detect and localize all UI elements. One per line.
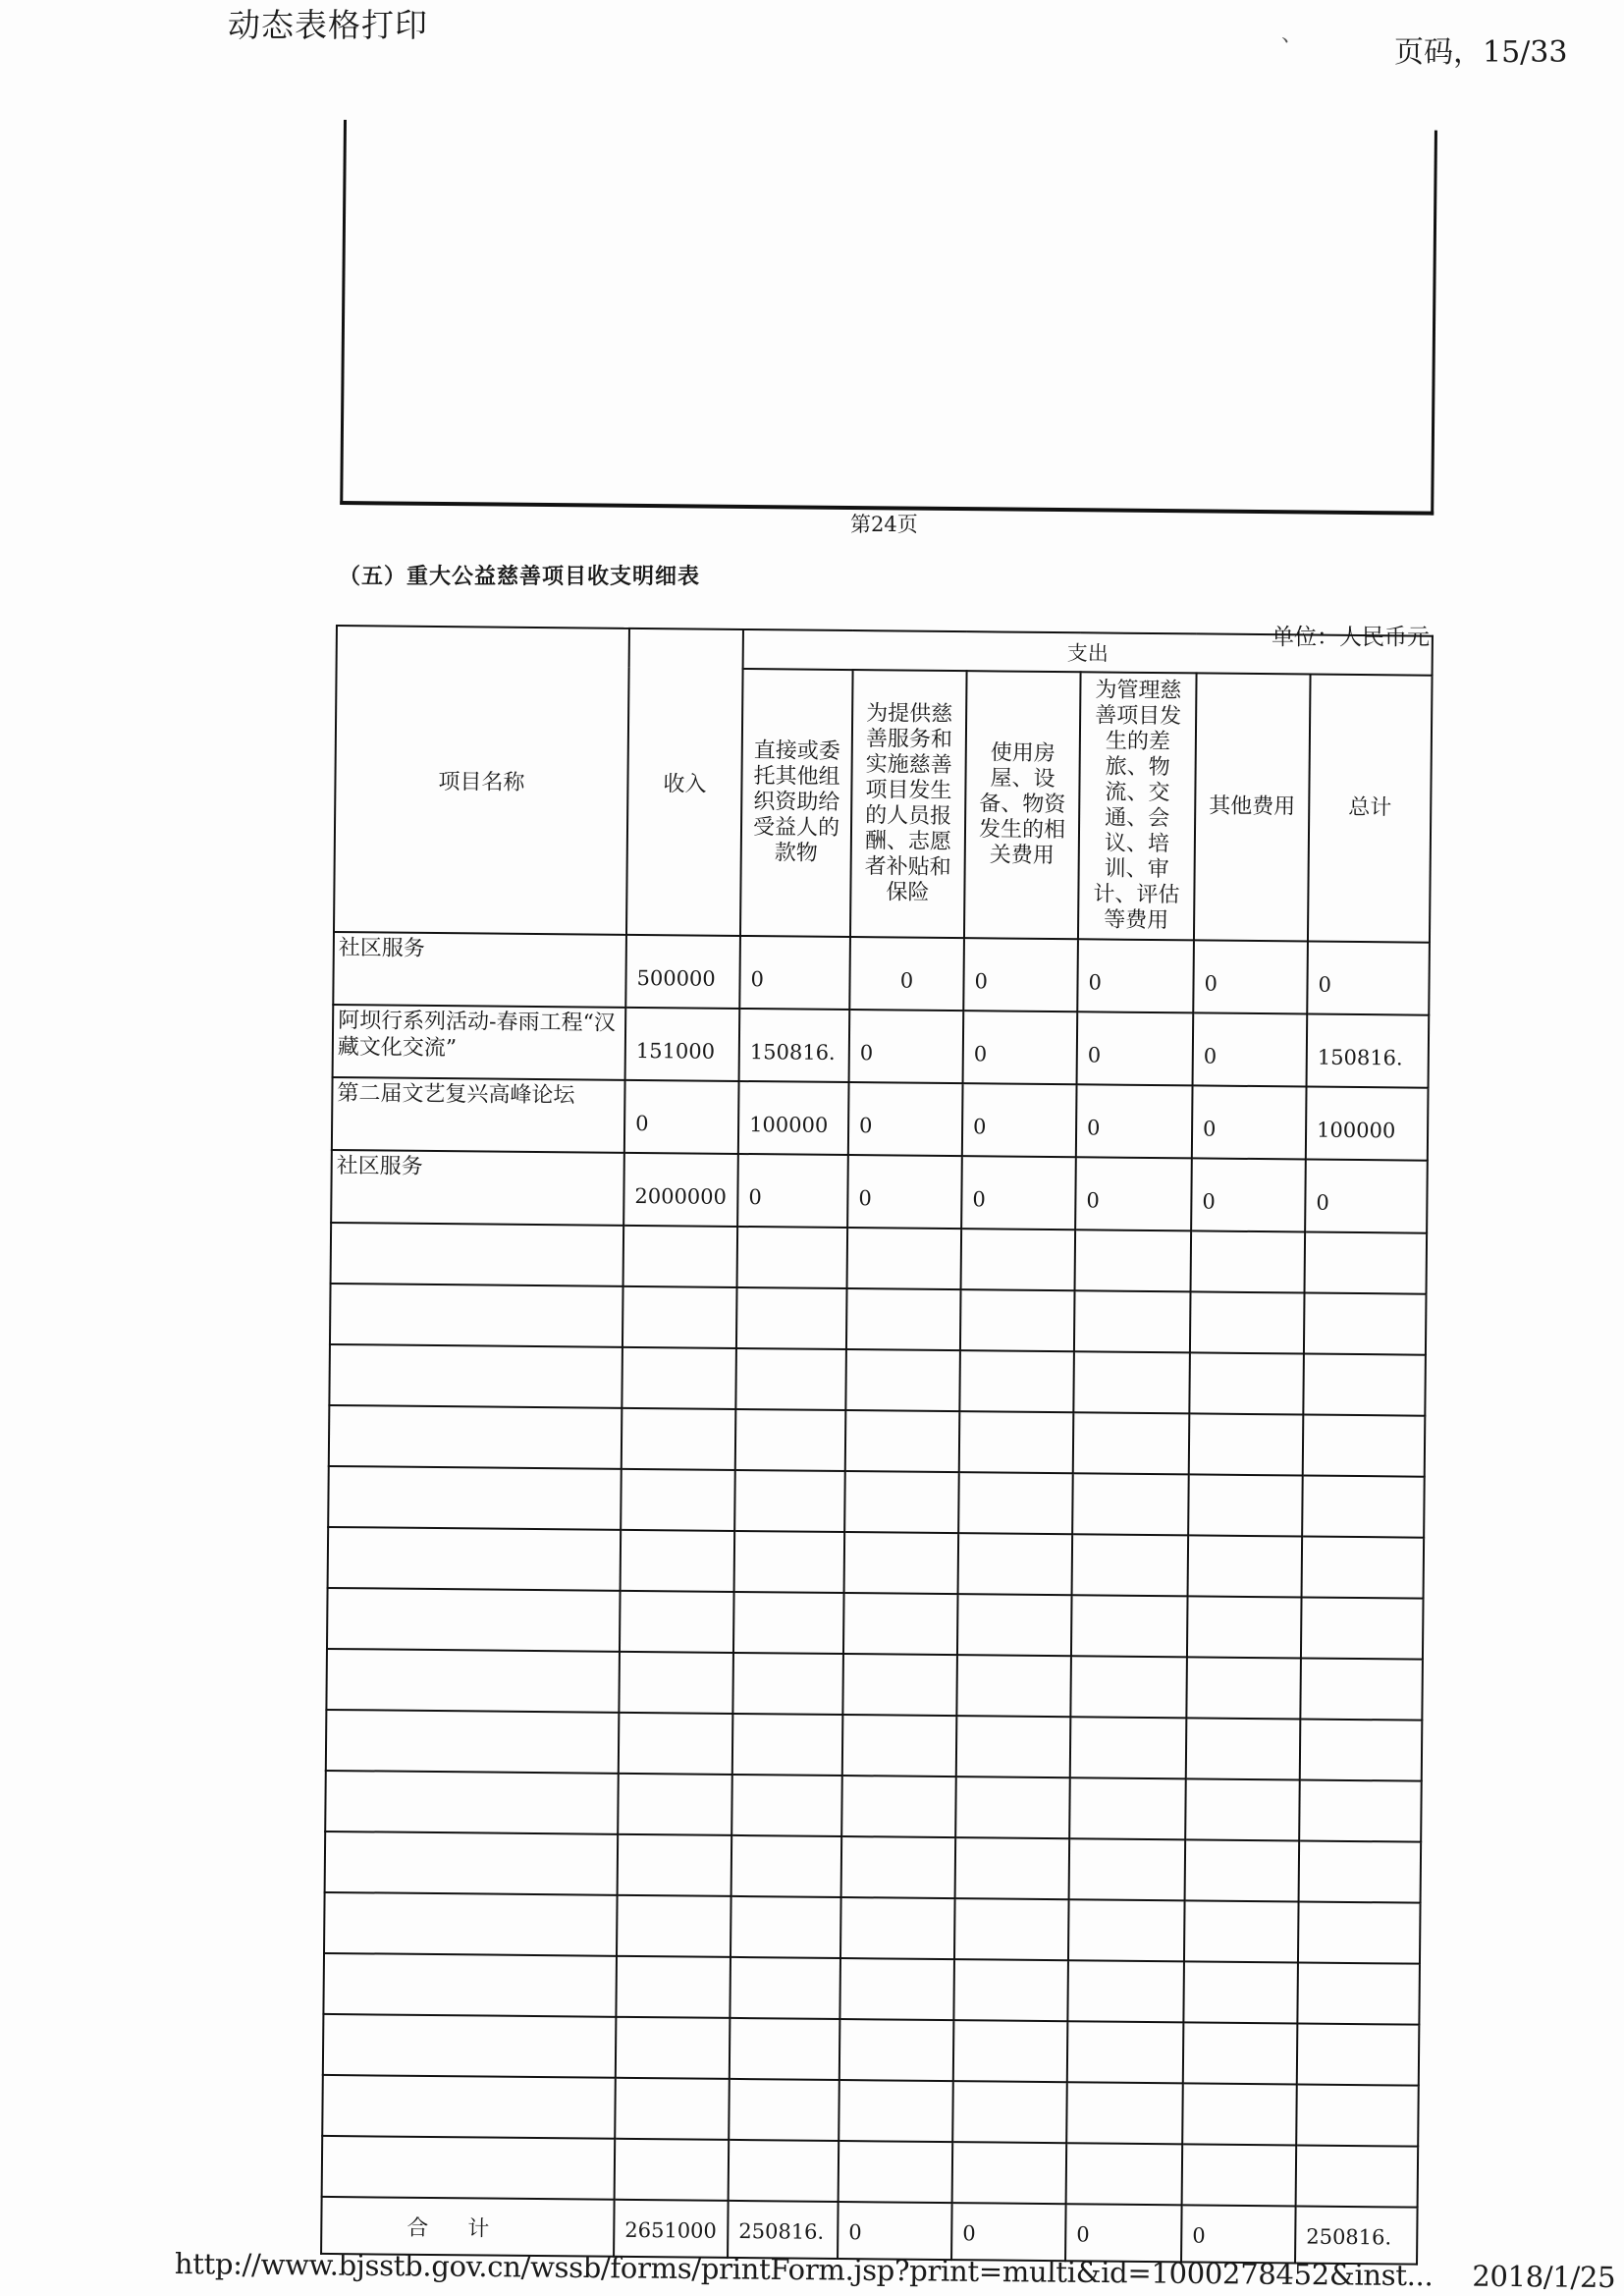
empty-cell (735, 1348, 846, 1410)
empty-cell (845, 1410, 960, 1472)
header-facilities: 使用房屋、设备、物资发生的相关费用 (964, 671, 1081, 939)
empty-cell (731, 1896, 841, 1958)
empty-cell (1188, 1474, 1303, 1536)
empty-table-row (322, 2136, 1419, 2208)
empty-table-row (325, 1771, 1422, 1842)
empty-cell (955, 1777, 1070, 1838)
empty-cell (327, 1588, 621, 1652)
empty-cell (731, 1835, 842, 1897)
empty-cell (1297, 1962, 1420, 2024)
empty-cell (960, 1289, 1075, 1351)
empty-cell (953, 1959, 1068, 2021)
header-other: 其他费用 (1194, 673, 1311, 941)
empty-cell (732, 1714, 843, 1776)
empty-cell (839, 2141, 953, 2203)
empty-cell (846, 1288, 961, 1350)
empty-cell (952, 2081, 1067, 2143)
empty-cell (956, 1716, 1071, 1777)
empty-cell (958, 1472, 1073, 1534)
totals-facilities: 0 (951, 2203, 1066, 2261)
empty-cell (622, 1347, 736, 1409)
empty-cell (618, 1774, 732, 1835)
direct-aid-cell: 0 (739, 936, 850, 1010)
empty-cell (844, 1471, 959, 1533)
empty-cell (841, 1836, 956, 1898)
empty-cell (1075, 1230, 1192, 1291)
empty-cell (1186, 1718, 1301, 1779)
empty-cell (955, 1837, 1070, 1899)
table-row: 社区服务 2000000 0 0 0 0 0 0 (331, 1150, 1428, 1233)
empty-cell (1070, 1717, 1187, 1778)
empty-cell (1069, 1838, 1186, 1900)
totals-management: 0 (1065, 2204, 1182, 2262)
empty-cell (1302, 1536, 1425, 1598)
empty-cell (1183, 1961, 1298, 2023)
empty-cell (619, 1652, 733, 1714)
empty-cell (621, 1469, 735, 1531)
previous-page-label: 第24页 (850, 509, 918, 538)
totals-total: 250816. (1295, 2206, 1418, 2264)
empty-cell (623, 1226, 738, 1287)
ledger-body: 社区服务 500000 0 0 0 0 0 0 阿坝行系列活动-春雨工程“汉藏文… (321, 932, 1430, 2265)
total-cell: 100000 (1306, 1087, 1429, 1161)
total-cell: 150816. (1307, 1014, 1430, 1088)
empty-cell (1184, 1900, 1299, 1962)
header-direct-aid: 直接或委托其他组织资助给受益人的款物 (740, 669, 853, 937)
empty-cell (330, 1284, 623, 1347)
empty-cell (326, 1710, 620, 1774)
empty-cell (1302, 1475, 1425, 1537)
empty-cell (1071, 1595, 1188, 1657)
empty-table-row (328, 1527, 1425, 1599)
totals-label: 合计 (321, 2197, 615, 2257)
empty-cell (729, 2079, 839, 2141)
totals-income: 2651000 (614, 2200, 729, 2258)
empty-cell (732, 1653, 843, 1715)
empty-cell (1189, 1352, 1304, 1414)
facilities-cell: 0 (963, 1011, 1078, 1084)
empty-cell (959, 1411, 1074, 1473)
empty-cell (958, 1533, 1073, 1595)
empty-cell (737, 1227, 848, 1288)
empty-table-row (326, 1710, 1423, 1781)
empty-table-row (324, 1892, 1421, 1964)
empty-cell (839, 2019, 954, 2081)
facilities-cell: 0 (963, 938, 1078, 1011)
header-project-name: 项目名称 (334, 626, 629, 935)
empty-cell (616, 2017, 731, 2079)
empty-cell (1298, 1901, 1421, 1963)
empty-cell (729, 2140, 839, 2202)
management-cell: 0 (1077, 1011, 1194, 1085)
empty-cell (957, 1594, 1072, 1656)
empty-cell (839, 1958, 954, 2020)
header-income: 收入 (626, 629, 743, 936)
empty-cell (1182, 2144, 1297, 2206)
income-cell: 500000 (625, 935, 740, 1009)
other-cell: 0 (1192, 1085, 1307, 1159)
empty-cell (735, 1409, 846, 1471)
project-ledger-table-wrapper: 项目名称 收入 支出 直接或委托其他组织资助给受益人的款物 为提供慈善服务和实施… (320, 625, 1434, 2266)
empty-table-row (326, 1649, 1423, 1721)
empty-cell (328, 1527, 622, 1591)
empty-cell (329, 1405, 623, 1469)
management-cell: 0 (1077, 939, 1194, 1012)
project-name-cell: 社区服务 (333, 932, 626, 1008)
personnel-cell: 0 (847, 1155, 962, 1229)
header-management: 为管理慈善项目发生的差旅、物流、交通、会议、培训、审计、评估等费用 (1078, 672, 1197, 940)
empty-cell (961, 1229, 1076, 1290)
facilities-cell: 0 (961, 1156, 1076, 1230)
income-cell: 2000000 (623, 1153, 738, 1227)
empty-cell (840, 1897, 955, 1959)
empty-table-row (322, 2075, 1419, 2147)
empty-table-row (329, 1405, 1426, 1477)
empty-cell (847, 1228, 962, 1289)
empty-table-row (323, 1953, 1420, 2025)
other-cell: 0 (1193, 940, 1308, 1013)
empty-cell (617, 1895, 731, 1957)
empty-cell (1190, 1291, 1305, 1353)
personnel-cell: 0 (849, 1010, 964, 1083)
empty-cell (325, 1831, 619, 1895)
empty-cell (1299, 1779, 1422, 1841)
empty-cell (1186, 1657, 1301, 1719)
empty-cell (1073, 1412, 1190, 1474)
empty-cell (953, 2020, 1068, 2082)
table-row: 阿坝行系列活动-春雨工程“汉藏文化交流” 151000 150816. 0 0 … (333, 1005, 1430, 1088)
empty-cell (736, 1287, 847, 1349)
empty-cell (1187, 1596, 1302, 1658)
empty-cell (839, 2080, 953, 2142)
stray-mark: 、 (1281, 18, 1303, 48)
empty-cell (843, 1593, 958, 1655)
total-cell: 0 (1305, 1160, 1428, 1233)
empty-cell (323, 1953, 617, 2017)
empty-cell (325, 1771, 619, 1834)
totals-other: 0 (1181, 2205, 1296, 2263)
empty-cell (1182, 2083, 1297, 2145)
empty-cell (615, 2078, 730, 2140)
section-title: （五）重大公益慈善项目收支明细表 (339, 560, 700, 590)
empty-cell (1066, 2082, 1183, 2144)
empty-cell (1189, 1413, 1304, 1475)
personnel-cell: 0 (849, 937, 964, 1011)
empty-cell (954, 1898, 1069, 1960)
management-cell: 0 (1075, 1157, 1192, 1230)
page-number: 页码，15/33 (1394, 27, 1567, 71)
empty-cell (842, 1715, 957, 1777)
empty-table-row (323, 2014, 1420, 2086)
empty-cell (326, 1649, 620, 1713)
empty-table-row (330, 1284, 1427, 1355)
empty-cell (844, 1532, 959, 1594)
empty-cell (622, 1408, 736, 1470)
empty-cell (621, 1530, 735, 1592)
empty-cell (1301, 1597, 1424, 1659)
empty-cell (956, 1655, 1071, 1717)
empty-cell (731, 1775, 842, 1836)
empty-cell (730, 2018, 840, 2080)
empty-cell (324, 1892, 618, 1956)
direct-aid-cell: 100000 (738, 1081, 849, 1155)
table-row: 社区服务 500000 0 0 0 0 0 0 (333, 932, 1430, 1015)
other-cell: 0 (1193, 1012, 1308, 1086)
project-name-cell: 社区服务 (331, 1150, 624, 1226)
direct-aid-cell: 0 (737, 1154, 848, 1228)
empty-cell (952, 2142, 1067, 2204)
empty-cell (1191, 1230, 1306, 1292)
empty-cell (1300, 1658, 1423, 1720)
totals-direct-aid: 250816. (728, 2201, 839, 2259)
table-row: 第二届文艺复兴高峰论坛 0 100000 0 0 0 0 100000 (332, 1077, 1429, 1161)
empty-cell (615, 2139, 730, 2201)
empty-cell (959, 1350, 1074, 1412)
empty-cell (1066, 2143, 1183, 2205)
empty-cell (1069, 1777, 1186, 1839)
empty-cell (734, 1470, 845, 1532)
empty-cell (1072, 1473, 1189, 1535)
empty-cell (730, 1957, 840, 2019)
empty-cell (328, 1466, 622, 1530)
empty-cell (618, 1834, 732, 1896)
empty-cell (623, 1286, 737, 1348)
empty-table-row (329, 1344, 1426, 1416)
empty-cell (1299, 1840, 1422, 1902)
empty-cell (1296, 2084, 1419, 2146)
empty-table-row (325, 1831, 1422, 1903)
empty-cell (1185, 1778, 1300, 1840)
empty-cell (322, 2075, 616, 2139)
header-personnel: 为提供慈善服务和实施慈善项目发生的人员报酬、志愿者补贴和保险 (850, 670, 967, 938)
empty-cell (1305, 1232, 1428, 1294)
empty-cell (1067, 1960, 1184, 2022)
empty-cell (733, 1592, 844, 1654)
empty-cell (1185, 1839, 1300, 1901)
empty-cell (1073, 1351, 1190, 1413)
empty-cell (1068, 1899, 1185, 1961)
income-cell: 151000 (625, 1008, 740, 1081)
footer-date: 2018/1/25 (1472, 2260, 1615, 2294)
empty-table-row (328, 1466, 1425, 1538)
personnel-cell: 0 (848, 1082, 963, 1156)
empty-cell (1070, 1656, 1187, 1718)
empty-cell (331, 1223, 624, 1286)
print-header-title: 动态表格打印 (228, 0, 428, 46)
empty-cell (323, 2014, 617, 2078)
empty-cell (620, 1591, 734, 1653)
totals-personnel: 0 (838, 2202, 952, 2260)
empty-cell (1074, 1290, 1191, 1352)
empty-table-row (327, 1588, 1424, 1660)
empty-cell (1300, 1719, 1423, 1780)
empty-cell (1072, 1534, 1189, 1596)
header-total: 总计 (1308, 675, 1433, 943)
project-name-cell: 第二届文艺复兴高峰论坛 (332, 1077, 625, 1153)
empty-cell (1296, 2145, 1419, 2207)
project-ledger-table: 项目名称 收入 支出 直接或委托其他组织资助给受益人的款物 为提供慈善服务和实施… (320, 625, 1434, 2266)
header-expense-group: 支出 (743, 629, 1433, 676)
other-cell: 0 (1191, 1158, 1306, 1231)
empty-cell (1303, 1353, 1426, 1415)
empty-table-row (331, 1223, 1428, 1294)
facilities-cell: 0 (962, 1083, 1077, 1157)
empty-cell (845, 1349, 960, 1411)
empty-cell (1188, 1535, 1303, 1597)
empty-cell (1304, 1293, 1427, 1355)
empty-cell (619, 1713, 733, 1775)
total-cell: 0 (1307, 942, 1430, 1015)
empty-cell (734, 1531, 845, 1593)
empty-cell (1297, 2023, 1420, 2085)
empty-cell (842, 1654, 957, 1716)
empty-cell (1183, 2022, 1298, 2084)
empty-cell (329, 1344, 623, 1408)
empty-cell (1303, 1414, 1426, 1476)
empty-cell (616, 1956, 731, 2018)
management-cell: 0 (1076, 1084, 1193, 1158)
empty-cell (322, 2136, 616, 2200)
income-cell: 0 (624, 1080, 739, 1154)
direct-aid-cell: 150816. (739, 1009, 850, 1082)
empty-cell (841, 1776, 956, 1837)
previous-page-box (340, 120, 1437, 516)
project-name-cell: 阿坝行系列活动-春雨工程“汉藏文化交流” (333, 1005, 626, 1080)
empty-cell (1067, 2021, 1184, 2083)
